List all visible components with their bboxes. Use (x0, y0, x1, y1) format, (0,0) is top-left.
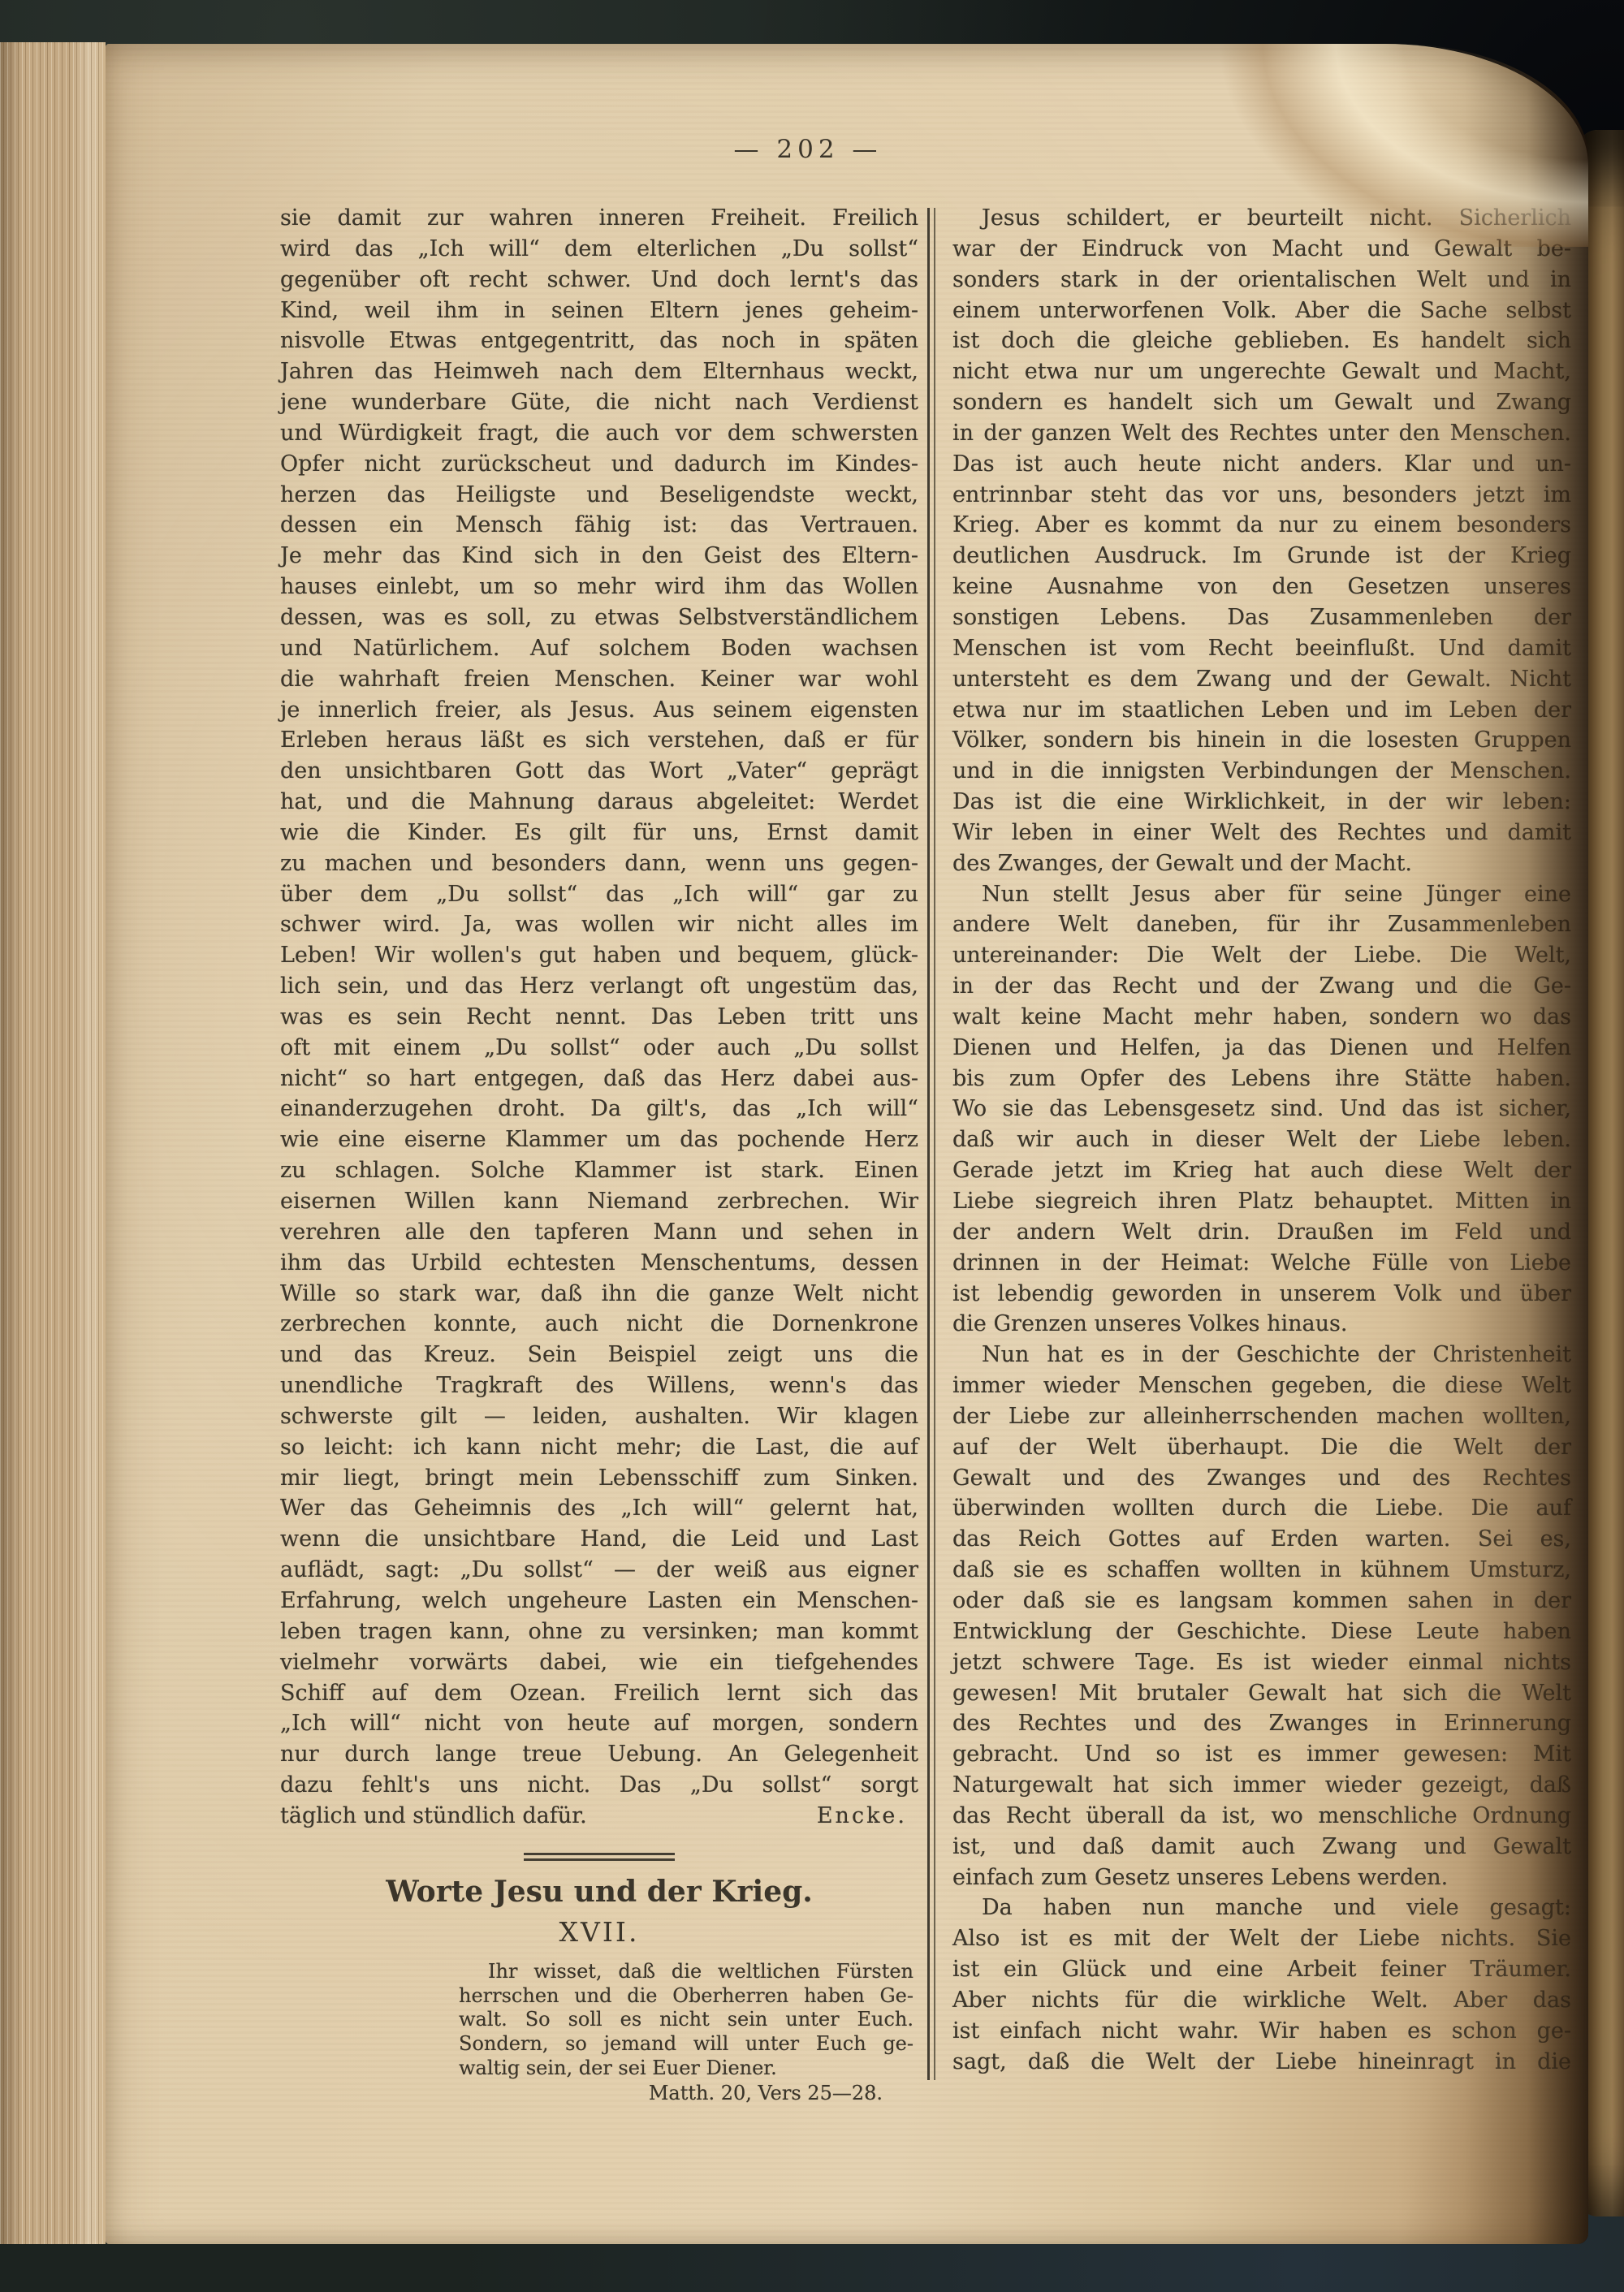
text-line: Je mehr das Kind sich in den Geist des E… (280, 541, 918, 572)
text-line: hauses einlebt, um so mehr wird ihm das … (280, 572, 918, 602)
text-line: daß wir auch in dieser Welt der Liebe le… (952, 1124, 1571, 1155)
text-line: über dem „Du sollst“ das „Ich will“ gar … (280, 879, 918, 910)
text-line: entrinnbar steht das vor uns, besonders … (952, 480, 1571, 511)
text-line: die Grenzen unseres Volkes hinaus. (952, 1309, 1571, 1340)
article-last-line-text: täglich und stündlich dafür. (280, 1801, 587, 1832)
text-line: Dienen und Helfen, ja das Dienen und Hel… (952, 1033, 1571, 1064)
text-line: oder daß sie es langsam kommen sahen in … (952, 1586, 1571, 1616)
article-last-line: täglich und stündlich dafür. Encke. (280, 1801, 918, 1832)
text-line: in der ganzen Welt des Rechtes unter den… (952, 418, 1571, 449)
text-line: ist, und daß damit auch Zwang und Gewalt (952, 1832, 1571, 1863)
text-line: gewesen! Mit brutaler Gewalt hat sich di… (952, 1678, 1571, 1709)
text-line: waltig sein, der sei Euer Diener. (459, 2057, 914, 2081)
text-line: so leicht: ich kann nicht mehr; die Last… (280, 1432, 918, 1463)
text-line: Nun stellt Jesus aber für seine Jünger e… (952, 879, 1571, 910)
text-line: zu machen und besonders dann, wenn uns g… (280, 848, 918, 879)
text-line: wie die Kinder. Es gilt für uns, Ernst d… (280, 818, 918, 848)
text-line: Sondern, so jemand will unter Euch ge- (459, 2032, 914, 2057)
author-signature: Encke. (817, 1801, 907, 1832)
text-line: vielmehr vorwärts dabei, wie ein tiefgeh… (280, 1647, 918, 1678)
text-line: walt keine Macht mehr haben, sondern wo … (952, 1002, 1571, 1033)
left-column: sie damit zur wahren inneren Freiheit. F… (280, 203, 918, 2106)
text-line: untereinander: Die Welt der Liebe. Die W… (952, 940, 1571, 971)
text-line: drinnen in der Heimat: Welche Fülle von … (952, 1248, 1571, 1279)
text-line: Schiff auf dem Ozean. Freilich lernt sic… (280, 1678, 918, 1709)
text-line: Jahren das Heimweh nach dem Elternhaus w… (280, 356, 918, 387)
text-line: Kind, weil ihm in seinen Eltern jenes ge… (280, 296, 918, 326)
text-line: Erfahrung, welch ungeheure Lasten ein Me… (280, 1586, 918, 1616)
section-divider-rule (524, 1853, 675, 1861)
text-line: Also ist es mit der Welt der Liebe nicht… (952, 1923, 1571, 1954)
text-line: daß sie es schaffen wollten in kühnem Um… (952, 1555, 1571, 1586)
text-line: wenn die unsichtbare Hand, die Leid und … (280, 1524, 918, 1555)
epigraph-citation: Matth. 20, Vers 25—28. (459, 2081, 914, 2106)
page-fore-edge (0, 42, 106, 2244)
text-line: die wahrhaft freien Menschen. Keiner war… (280, 664, 918, 695)
text-line: der Liebe zur alleinherrschenden machen … (952, 1401, 1571, 1432)
text-line: unendliche Tragkraft des Willens, wenn's… (280, 1370, 918, 1401)
text-line: in der das Recht und der Zwang und die G… (952, 971, 1571, 1002)
text-line: nisvolle Etwas entgegentritt, das noch i… (280, 326, 918, 356)
text-line: sondern es handelt sich um Gewalt und Zw… (952, 387, 1571, 418)
text-line: Nun hat es in der Geschichte der Christe… (952, 1340, 1571, 1370)
text-line: dazu fehlt's uns nicht. Das „Du sollst“ … (280, 1770, 918, 1801)
text-line: mir liegt, bringt mein Lebensschiff zum … (280, 1463, 918, 1494)
text-line: des Rechtes und des Zwanges in Erinnerun… (952, 1708, 1571, 1739)
text-line: Menschen ist vom Recht beeinflußt. Und d… (952, 633, 1571, 664)
text-line: einem unterworfenen Volk. Aber die Sache… (952, 296, 1571, 326)
text-line: Völker, sondern bis hinein in die losest… (952, 725, 1571, 756)
text-line: und Natürlichem. Auf solchem Boden wachs… (280, 633, 918, 664)
epigraph: Ihr wisset, daß die weltlichen Fürstenhe… (459, 1960, 914, 2106)
text-line: auflädt, sagt: „Du sollst“ — der weiß au… (280, 1555, 918, 1586)
text-line: zerbrechen konnte, auch nicht die Dornen… (280, 1309, 918, 1340)
text-line: sie damit zur wahren inneren Freiheit. F… (280, 203, 918, 234)
text-line: wie eine eiserne Klammer um das pochende… (280, 1124, 918, 1155)
text-line: was es sein Recht nennt. Das Leben tritt… (280, 1002, 918, 1033)
text-line: und das Kreuz. Sein Beispiel zeigt uns d… (280, 1340, 918, 1370)
text-line: hat, und die Mahnung daraus abgeleitet: … (280, 787, 918, 818)
text-line: deutlichen Ausdruck. Im Grunde ist der K… (952, 541, 1571, 572)
text-line: das Reich Gottes auf Erden warten. Sei e… (952, 1524, 1571, 1555)
text-line: und in die innigsten Verbindungen der Me… (952, 756, 1571, 787)
text-line: einfach zum Gesetz unseres Lebens werden… (952, 1863, 1571, 1893)
text-line: und Würdigkeit fragt, die auch vor dem s… (280, 418, 918, 449)
text-line: zu schlagen. Solche Klammer ist stark. E… (280, 1155, 918, 1186)
text-line: Leben! Wir wollen's gut haben und bequem… (280, 940, 918, 971)
text-line: das Recht überall da ist, wo menschliche… (952, 1801, 1571, 1832)
text-line: oft mit einem „Du sollst“ oder auch „Du … (280, 1033, 918, 1064)
text-line: Gerade jetzt im Krieg hat auch diese Wel… (952, 1155, 1571, 1186)
left-column-lines: sie damit zur wahren inneren Freiheit. F… (280, 203, 918, 1801)
text-line: des Zwanges, der Gewalt und der Macht. (952, 848, 1571, 879)
text-line: wird das „Ich will“ dem elterlichen „Du … (280, 234, 918, 265)
text-line: Opfer nicht zurückscheut und dadurch im … (280, 449, 918, 480)
text-line: Ihr wisset, daß die weltlichen Fürsten (459, 1960, 914, 1984)
text-line: Gewalt und des Zwanges und des Rechtes (952, 1463, 1571, 1494)
text-line: sagt, daß die Welt der Liebe hineinragt … (952, 2047, 1571, 2078)
text-line: herrschen und die Oberherren haben Ge- (459, 1984, 914, 2009)
text-line: Das ist die eine Wirklichkeit, in der wi… (952, 787, 1571, 818)
text-line: war der Eindruck von Macht und Gewalt be… (952, 234, 1571, 265)
text-line: ist einfach nicht wahr. Wir haben es sch… (952, 2016, 1571, 2047)
text-line: Wer das Geheimnis des „Ich will“ gelernt… (280, 1493, 918, 1524)
text-line: Das ist auch heute nicht anders. Klar un… (952, 449, 1571, 480)
text-line: ist ein Glück und eine Arbeit feiner Trä… (952, 1954, 1571, 1985)
text-line: Da haben nun manche und viele gesagt: (952, 1893, 1571, 1923)
text-line: Jesus schildert, er beurteilt nicht. Sic… (952, 203, 1571, 234)
text-line: sonders stark in der orientalischen Welt… (952, 265, 1571, 296)
text-line: jene wunderbare Güte, die nicht nach Ver… (280, 387, 918, 418)
text-line: verehren alle den tapferen Mann und sehe… (280, 1217, 918, 1248)
text-line: Krieg. Aber es kommt da nur zu einem bes… (952, 510, 1571, 541)
text-line: herzen das Heiligste und Beseligendste w… (280, 480, 918, 511)
text-line: ist lebendig geworden in unserem Volk un… (952, 1279, 1571, 1310)
text-line: auf der Welt überhaupt. Die die Welt der (952, 1432, 1571, 1463)
text-line: keine Ausnahme von den Gesetzen unseres (952, 572, 1571, 602)
section-title: Worte Jesu und der Krieg. (280, 1874, 918, 1910)
text-line: gegenüber oft recht schwer. Und doch ler… (280, 265, 918, 296)
page-number: — 202 — (106, 135, 1510, 164)
book-page: — 202 — sie damit zur wahren inneren Fre… (106, 44, 1588, 2244)
text-line: walt. So soll es nicht sein unter Euch. (459, 2008, 914, 2032)
text-line: einanderzugehen droht. Da gilt's, das „I… (280, 1094, 918, 1124)
text-line: Naturgewalt hat sich immer wieder gezeig… (952, 1770, 1571, 1801)
right-column-lines: Jesus schildert, er beurteilt nicht. Sic… (952, 203, 1571, 2077)
text-line: Liebe siegreich ihren Platz behauptet. M… (952, 1186, 1571, 1217)
right-column: Jesus schildert, er beurteilt nicht. Sic… (952, 203, 1571, 2077)
text-line: der andern Welt drin. Draußen im Feld un… (952, 1217, 1571, 1248)
text-line: Wo sie das Lebensgesetz sind. Und das is… (952, 1094, 1571, 1124)
text-line: dessen ein Mensch fähig ist: das Vertrau… (280, 510, 918, 541)
text-line: überwinden wollten durch die Liebe. Die … (952, 1493, 1571, 1524)
text-line: ist doch die gleiche geblieben. Es hande… (952, 326, 1571, 356)
text-line: Wille so stark war, daß ihn die ganze We… (280, 1279, 918, 1310)
text-line: eisernen Willen kann Niemand zerbrechen.… (280, 1186, 918, 1217)
column-divider-rule (927, 208, 935, 2080)
text-line: schwerste gilt — leiden, aushalten. Wir … (280, 1401, 918, 1432)
text-line: „Ich will“ nicht von heute auf morgen, s… (280, 1708, 918, 1739)
text-line: jetzt schwere Tage. Es ist wieder einmal… (952, 1647, 1571, 1678)
text-line: sonstigen Lebens. Das Zusammenleben der (952, 602, 1571, 633)
chapter-numeral: XVII. (280, 1916, 918, 1949)
text-line: schwer wird. Ja, was wollen wir nicht al… (280, 909, 918, 940)
text-line: Entwicklung der Geschichte. Diese Leute … (952, 1616, 1571, 1647)
text-line: Aber nichts für die wirkliche Welt. Aber… (952, 1985, 1571, 2016)
text-line: ihm das Urbild echtesten Menschentums, d… (280, 1248, 918, 1279)
text-line: Wir leben in einer Welt des Rechtes und … (952, 818, 1571, 848)
text-line: untersteht es dem Zwang und der Gewalt. … (952, 664, 1571, 695)
text-line: je innerlich freier, als Jesus. Aus sein… (280, 695, 918, 726)
text-line: nicht etwa nur um ungerechte Gewalt und … (952, 356, 1571, 387)
text-line: etwa nur im staatlichen Leben und im Leb… (952, 695, 1571, 726)
text-line: gebracht. Und so ist es immer gewesen: M… (952, 1739, 1571, 1770)
text-line: den unsichtbaren Gott das Wort „Vater“ g… (280, 756, 918, 787)
text-line: Erleben heraus läßt es sich verstehen, d… (280, 725, 918, 756)
text-line: immer wieder Menschen gegeben, die diese… (952, 1370, 1571, 1401)
book-photo: — 202 — sie damit zur wahren inneren Fre… (0, 0, 1624, 2292)
text-line: nicht“ so hart entgegen, daß das Herz da… (280, 1064, 918, 1094)
text-line: andere Welt daneben, für ihr Zusammenleb… (952, 909, 1571, 940)
text-line: nur durch lange treue Uebung. An Gelegen… (280, 1739, 918, 1770)
text-line: bis zum Opfer des Lebens ihre Stätte hab… (952, 1064, 1571, 1094)
text-line: leben tragen kann, ohne zu versinken; ma… (280, 1616, 918, 1647)
epigraph-lines: Ihr wisset, daß die weltlichen Fürstenhe… (459, 1960, 914, 2081)
text-line: lich sein, und das Herz verlangt oft ung… (280, 971, 918, 1002)
text-line: dessen, was es soll, zu etwas Selbstvers… (280, 602, 918, 633)
